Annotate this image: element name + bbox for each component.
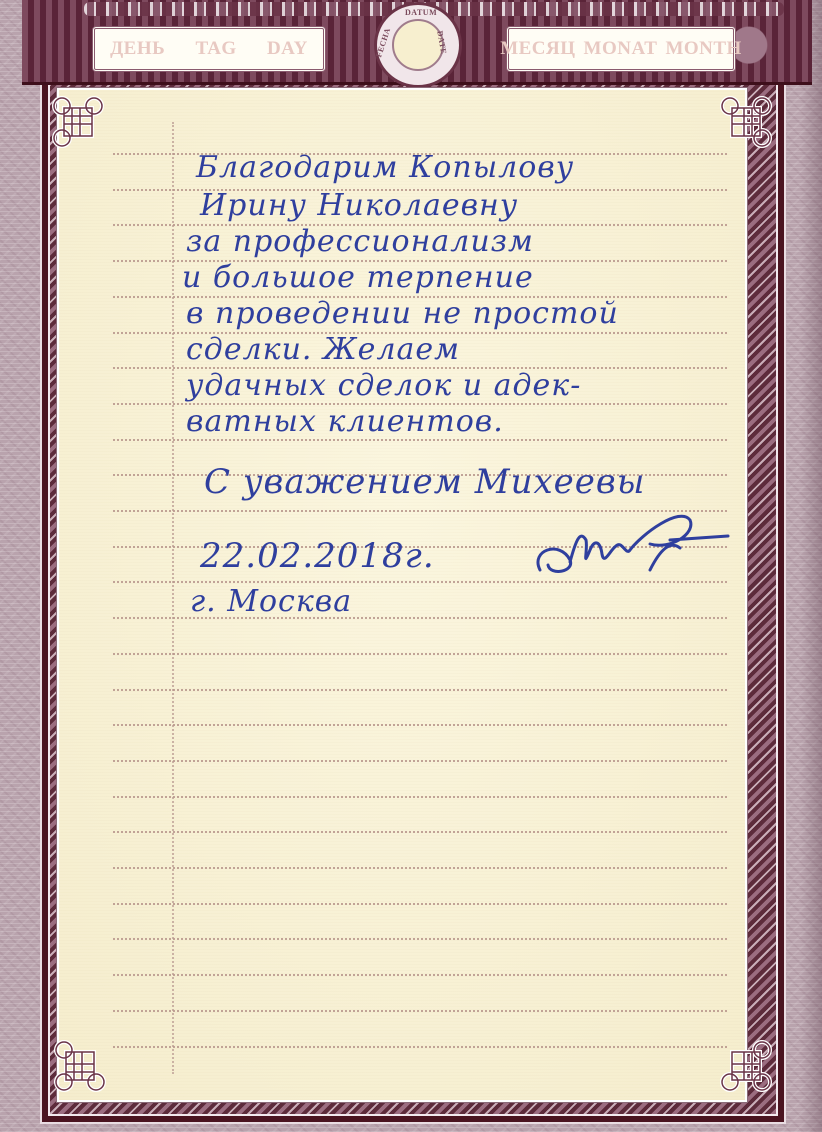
ruled-line — [113, 653, 727, 655]
day-label-de: TAG — [195, 38, 236, 60]
ruled-line — [113, 831, 727, 833]
ruled-line — [113, 724, 727, 726]
handwritten-line: ватных клиентов. — [186, 404, 504, 439]
ruled-line — [113, 1010, 727, 1012]
month-field[interactable]: МЕСЯЦ MONAT MONTH — [506, 26, 736, 72]
month-label-ru: МЕСЯЦ — [500, 38, 575, 60]
handwritten-line: в проведении не простой — [186, 296, 619, 331]
day-label-ru: ДЕНЬ — [110, 38, 165, 60]
city-line: г. Москва — [190, 584, 352, 619]
day-label-en: DAY — [267, 38, 308, 60]
medallion-center — [392, 19, 444, 71]
margin-rule — [172, 122, 174, 1074]
ruled-line — [113, 1046, 727, 1048]
endless-knot-icon — [50, 1036, 110, 1096]
closing-line: С уважением Михеевы — [204, 462, 645, 502]
month-label-en: MONTH — [665, 38, 741, 60]
ruled-line — [113, 796, 727, 798]
ruled-line — [113, 903, 727, 905]
ruled-line — [113, 760, 727, 762]
handwritten-line: Благодарим Копылову — [196, 150, 574, 185]
handwritten-line: Ирину Николаевну — [200, 188, 518, 223]
endless-knot-icon — [716, 92, 776, 152]
day-field[interactable]: ДЕНЬ TAG DAY — [92, 26, 326, 72]
ruled-line — [113, 974, 727, 976]
page-edge-shadow — [800, 0, 822, 1132]
handwritten-line: за профессионализм — [186, 224, 534, 259]
date-line: 22.02.2018г. — [200, 536, 435, 576]
handwritten-line: удачных сделок и адек- — [186, 368, 581, 403]
ruled-line — [113, 938, 727, 940]
handwritten-line: и большое терпение — [182, 260, 534, 295]
ruled-line — [113, 867, 727, 869]
ruled-line — [113, 689, 727, 691]
handwritten-line: сделки. Желаем — [186, 332, 460, 367]
endless-knot-icon — [48, 92, 108, 152]
month-label-de: MONAT — [584, 38, 658, 60]
date-medallion: DATUM FECHA DATE — [370, 2, 466, 88]
signature-icon — [530, 510, 730, 600]
medallion-label-top: DATUM — [405, 8, 437, 17]
